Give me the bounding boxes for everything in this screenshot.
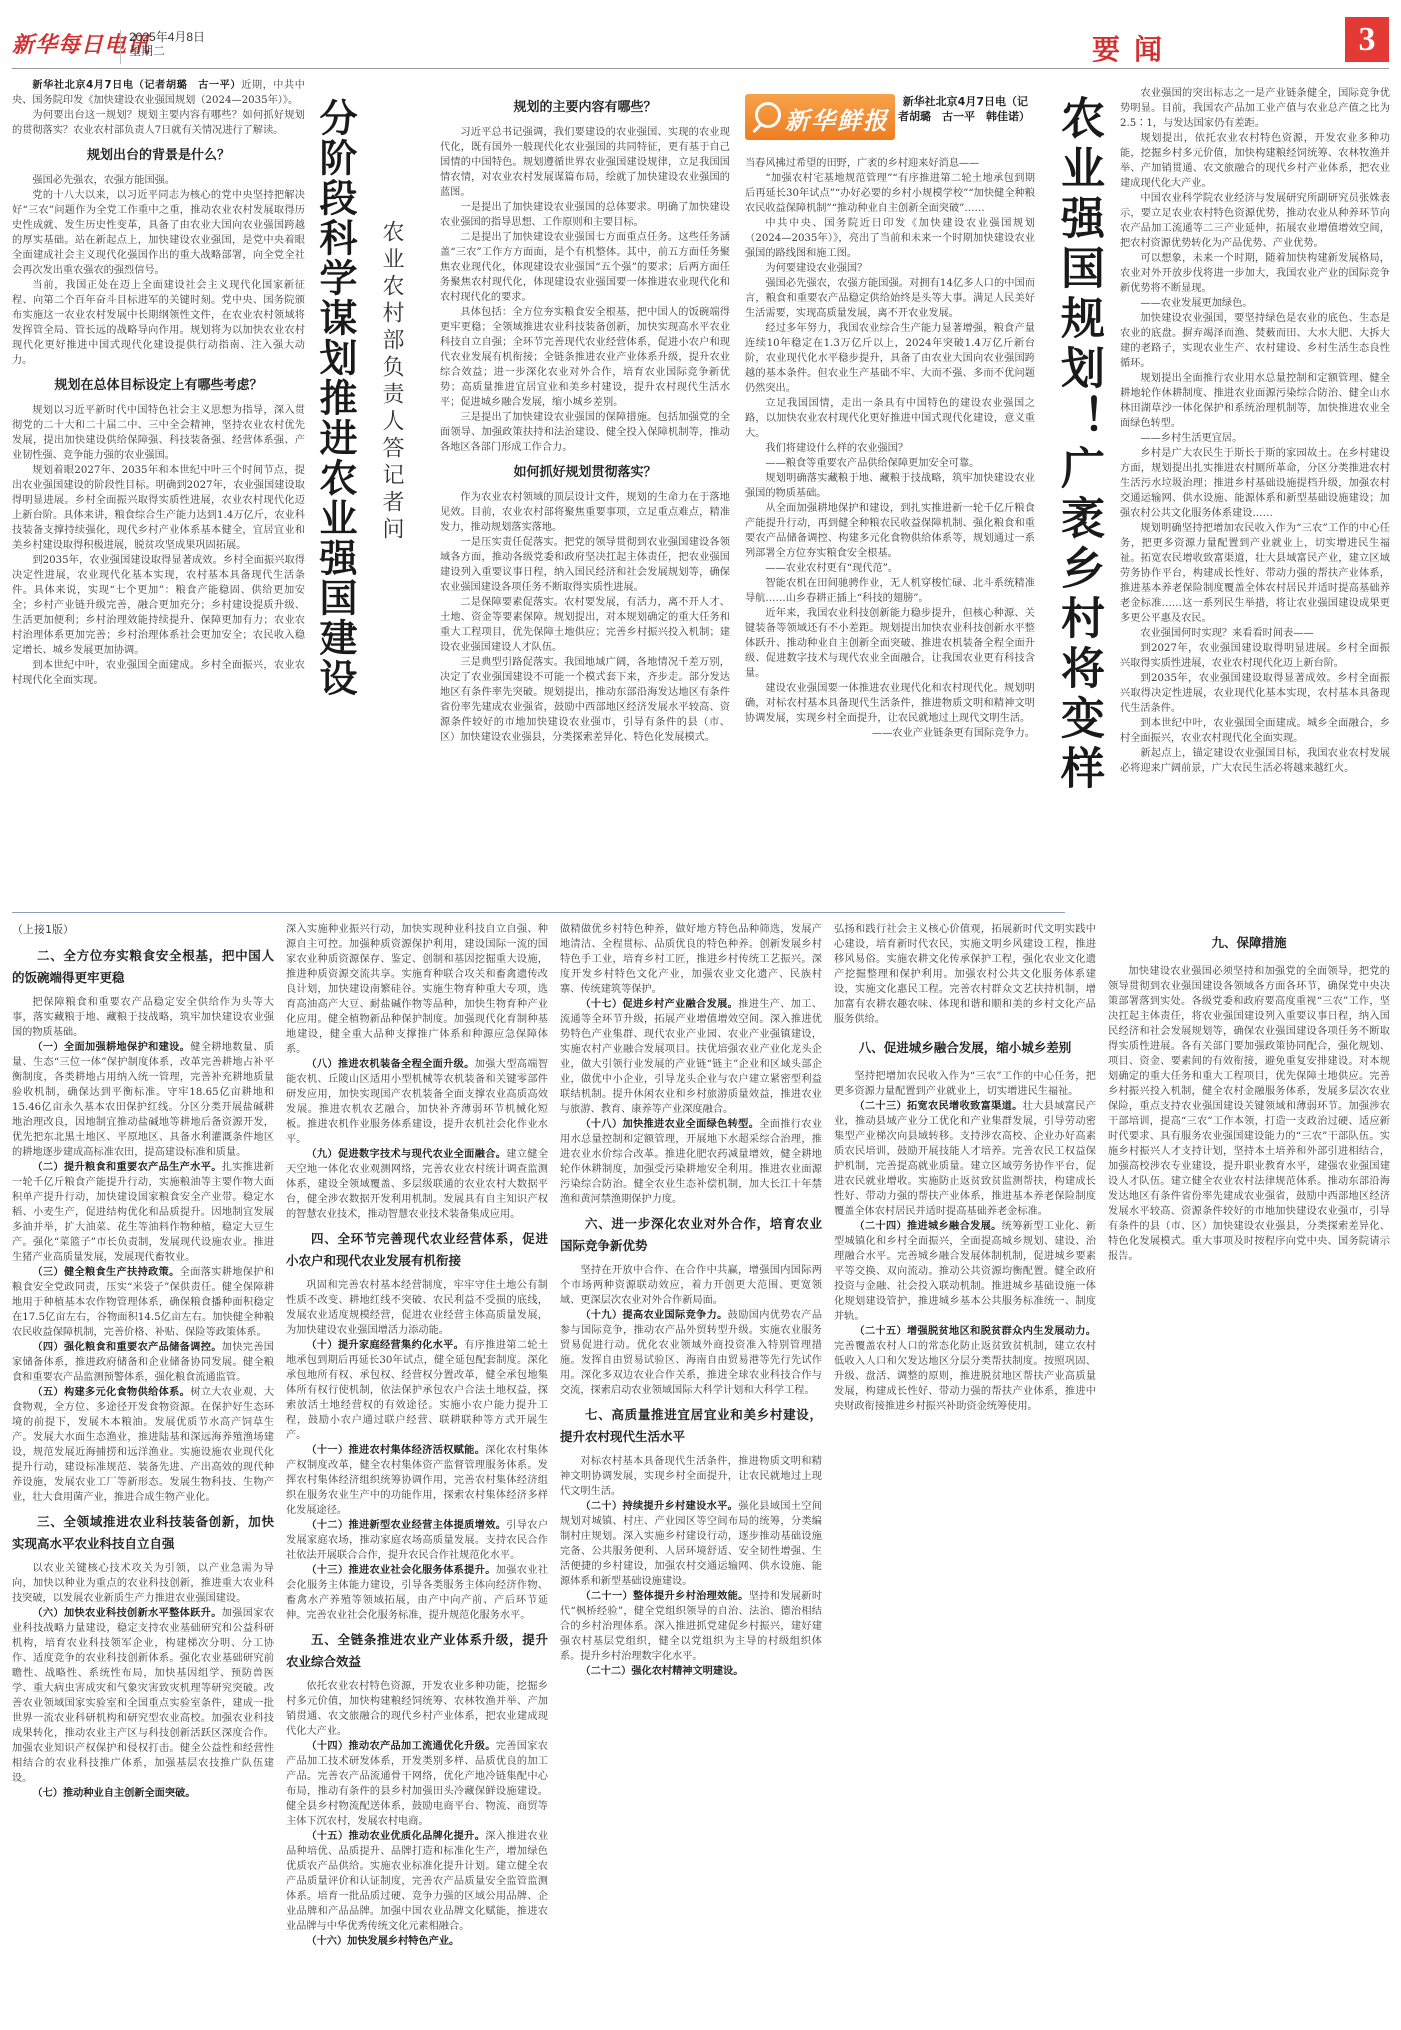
magnifier-icon: [755, 102, 781, 128]
article-left-subhead: 农业农村部负责人答记者问: [376, 220, 407, 544]
article-right-col-1: 当春风拂过希望的田野，广袤的乡村迎来好消息—— “加强农村宅基地规范管理”“有序…: [745, 156, 1035, 741]
xinhua-xianbao-badge: 新华鲜报: [745, 94, 895, 140]
header-divider: [12, 68, 1389, 69]
section-heading: 七、高质量推进宜居宜业和美乡村建设，提升农村现代生活水平: [560, 1404, 822, 1448]
article-left-col-2: 规划的主要内容有哪些？ 习近平总书记强调，我们要建设的农业强国、实现的农业现代化…: [440, 100, 730, 745]
section-heading: 四、全环节完善现代农业经营体系，促进小农户和现代农业发展有机衔接: [286, 1228, 548, 1272]
article-right-col-2: 农业强国的突出标志之一是产业链条健全，国际竞争优势明显。目前，我国农产品加工业产…: [1120, 86, 1390, 776]
section-heading: 六、进一步深化农业对外合作，培育农业国际竞争新优势: [560, 1213, 822, 1257]
section-heading: 八、促进城乡融合发展，缩小城乡差别: [834, 1037, 1096, 1059]
question-heading: 规划的主要内容有哪些？: [440, 100, 730, 115]
continuation-col-1: （上接1版） 二、全方位夯实粮食安全根基，把中国人的饭碗端得更牢更稳 把保障粮食…: [12, 922, 274, 2022]
article-left-col-1: 新华社北京4月7日电（记者胡璐 古一平）近期，中共中央、国务院印发《加快建设农业…: [12, 78, 305, 688]
page-number-badge: 3: [1345, 17, 1389, 62]
section-heading: 二、全方位夯实粮食安全根基，把中国人的饭碗端得更牢更稳: [12, 945, 274, 989]
masthead: 新华每日电讯 2025年4月8日 星期二 要闻 3: [0, 0, 1401, 62]
question-heading: 如何抓好规划贯彻落实？: [440, 465, 730, 480]
section-heading: 三、全领域推进农业科技装备创新，加快实现高水平农业科技自立自强: [12, 1511, 274, 1555]
section-heading: 五、全链条推进农业产业体系升级，提升农业综合效益: [286, 1629, 548, 1673]
continuation-col-4: 弘扬和践行社会主义核心价值观，拓展新时代文明实践中心建设，培育新时代农民，实施文…: [834, 922, 1096, 2022]
continuation-col-3: 做精做优乡村特色种养，做好地方特色品种筛选，发展产地清洁、全程贯标、品质优良的特…: [560, 922, 822, 2022]
article-right-dateline: 新华社北京4月7日电（记者胡璐 古一平 韩佳诺）: [898, 94, 1028, 124]
issue-date: 2025年4月8日: [129, 30, 205, 44]
issue-weekday: 星期二: [129, 44, 205, 58]
section-name: 要闻: [1092, 28, 1176, 68]
question-heading: 规划出台的背景是什么？: [12, 148, 305, 163]
section-heading: 九、保障措施: [1108, 932, 1390, 954]
continued-from-label: （上接1版）: [12, 922, 274, 937]
issue-date-block: 2025年4月8日 星期二: [129, 30, 205, 58]
article-left-headline: 分阶段科学谋划推进农业强国建设: [315, 98, 355, 698]
section-divider: [12, 912, 1065, 913]
question-heading: 规划在总体目标设定上有哪些考虑？: [12, 378, 305, 393]
logo-divider: [120, 30, 121, 64]
article-right-headline: 农业强国规划！广袤乡村将变样: [1046, 95, 1110, 795]
continuation-col-5: 九、保障措施 加快建设农业强国必须坚持和加强党的全面领导，把党的领导贯彻到农业强…: [1108, 922, 1390, 2022]
article-dateline: 新华社北京4月7日电（记者胡璐 古一平）: [32, 80, 241, 91]
continuation-col-2: 深入实施种业振兴行动，加快实现种业科技自立自强、种源自主可控。加强种质资源保护利…: [286, 922, 548, 2022]
